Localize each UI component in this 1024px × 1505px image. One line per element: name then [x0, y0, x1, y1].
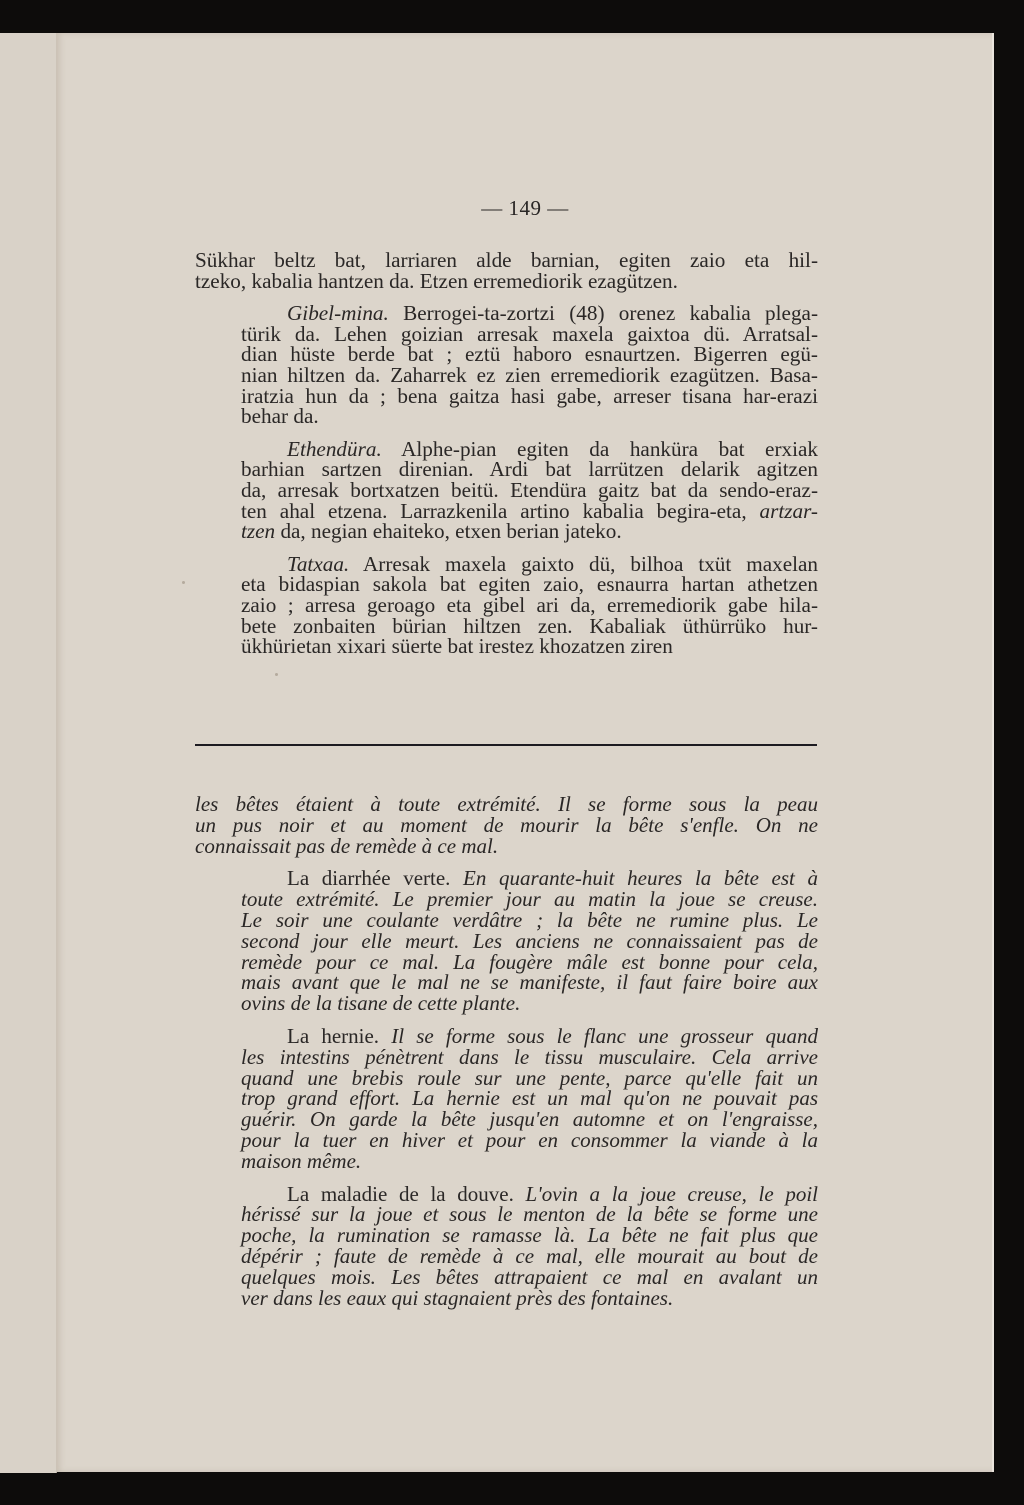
text-line: bete zonbaiten bürian hiltzen zen. Kabal…	[195, 616, 818, 637]
page-edge	[992, 33, 994, 1472]
paper-speck	[182, 581, 185, 584]
italic-text: ovins de la tisane de cette plante.	[241, 991, 520, 1015]
text-line: toute extrémité. Le premier jour au mati…	[195, 889, 818, 910]
text-line: nian hiltzen da. Zaharrek ez zien erreme…	[195, 365, 818, 386]
text-line: Le soir une coulante verdâtre ; la bête …	[195, 910, 818, 931]
section-divider-rule	[195, 744, 817, 746]
paragraph: Sükhar beltz bat, larriaren alde barnian…	[195, 250, 818, 291]
text-line: Gibel-mina. Berrogei-ta-zortzi (48) oren…	[195, 303, 818, 324]
facing-page-edge	[0, 33, 57, 1473]
text-line: dian hüste berde bat ; eztü haboro esnau…	[195, 344, 818, 365]
text-line: La hernie. Il se forme sous le flanc une…	[195, 1026, 818, 1047]
text-line: barhian sartzen direnian. Ardi bat larrü…	[195, 459, 818, 480]
text-line: second jour elle meurt. Les anciens ne c…	[195, 931, 818, 952]
italic-text: tzen	[241, 519, 275, 543]
text-line: eta bidaspian sakola bat egiten zaio, es…	[195, 574, 818, 595]
text-line: pour la tuer en hiver et pour en consomm…	[195, 1130, 818, 1151]
text-line: hérissé sur la joue et sous le menton de…	[195, 1204, 818, 1225]
text-line: guérir. On garde la bête jusqu'en automn…	[195, 1109, 818, 1130]
text-line: iratzia hun da ; bena gaitza hasi gabe, …	[195, 386, 818, 407]
text-line: türik da. Lehen goizian arresak maxela g…	[195, 324, 818, 345]
text-line: ver dans les eaux qui stagnaient près de…	[195, 1288, 818, 1309]
text: tzeko, kabalia hantzen da. Etzen erremed…	[195, 269, 678, 293]
text-line: quand une brebis roule sur une pente, pa…	[195, 1068, 818, 1089]
paragraph: Gibel-mina. Berrogei-ta-zortzi (48) oren…	[195, 303, 818, 427]
text-line: La maladie de la douve. L'ovin a la joue…	[195, 1184, 818, 1205]
text-line: remède pour ce mal. La fougère mâle est …	[195, 952, 818, 973]
text-line: maison même.	[195, 1151, 818, 1172]
paragraph: Ethendüra. Alphe-pian egiten da hanküra …	[195, 439, 818, 542]
text-line: trop grand effort. La hernie est un mal …	[195, 1088, 818, 1109]
italic-text: artzar-	[760, 499, 818, 523]
text-line: da, arresak bortxatzen beitü. Etendüra g…	[195, 480, 818, 501]
french-translation-block: les bêtes étaient à toute extrémité. Il …	[195, 794, 818, 1320]
italic-text: ver dans les eaux qui stagnaient près de…	[241, 1286, 673, 1310]
text-line: connaissait pas de remède à ce mal.	[195, 836, 818, 857]
text: behar da.	[241, 404, 319, 428]
text-line: les bêtes étaient à toute extrémité. Il …	[195, 794, 818, 815]
text-line: tzeko, kabalia hantzen da. Etzen erremed…	[195, 271, 818, 292]
text-line: dépérir ; faute de remède à ce mal, elle…	[195, 1246, 818, 1267]
text-line: Sükhar beltz bat, larriaren alde barnian…	[195, 250, 818, 271]
paragraph: les bêtes étaient à toute extrémité. Il …	[195, 794, 818, 856]
text: iratzia hun da ; bena gaitza hasi gabe, …	[241, 384, 818, 408]
text-line: Tatxaa. Arresak maxela gaixto dü, bilhoa…	[195, 554, 818, 575]
text: da, negian ehaiteko, etxen berian jateko…	[275, 519, 622, 543]
text-line: mais avant que le mal ne se manifeste, i…	[195, 972, 818, 993]
text-line: zaio ; arresa geroago eta gibel ari da, …	[195, 595, 818, 616]
text-line: quelques mois. Les bêtes attrapaient ce …	[195, 1267, 818, 1288]
paragraph: Tatxaa. Arresak maxela gaixto dü, bilhoa…	[195, 554, 818, 657]
text-line: ten ahal etzena. Larrazkenila artino kab…	[195, 501, 818, 522]
text-line: un pus noir et au moment de mourir la bê…	[195, 815, 818, 836]
text-line: tzen da, negian ehaiteko, etxen berian j…	[195, 521, 818, 542]
paragraph: La maladie de la douve. L'ovin a la joue…	[195, 1184, 818, 1309]
text-line: poche, la rumination se ramasse là. La b…	[195, 1225, 818, 1246]
text-line: Ethendüra. Alphe-pian egiten da hanküra …	[195, 439, 818, 460]
italic-text: connaissait pas de remède à ce mal.	[195, 834, 498, 858]
page-number: — 149 —	[56, 196, 994, 221]
basque-text-block: Sükhar beltz bat, larriaren alde barnian…	[195, 250, 818, 669]
paragraph: La hernie. Il se forme sous le flanc une…	[195, 1026, 818, 1172]
text-line: La diarrhée verte. En quarante-huit heur…	[195, 868, 818, 889]
italic-text: maison même.	[241, 1149, 361, 1173]
text-line: ovins de la tisane de cette plante.	[195, 993, 818, 1014]
book-page: — 149 — Sükhar beltz bat, larriaren alde…	[56, 33, 994, 1472]
text-line: ükhürietan xixari süerte bat irestez kho…	[195, 636, 818, 657]
text: ükhürietan xixari süerte bat irestez kho…	[241, 634, 673, 658]
text-line: les intestins pénètrent dans le tissu mu…	[195, 1047, 818, 1068]
paragraph: La diarrhée verte. En quarante-huit heur…	[195, 868, 818, 1014]
text-line: behar da.	[195, 406, 818, 427]
paper-speck	[275, 673, 278, 676]
